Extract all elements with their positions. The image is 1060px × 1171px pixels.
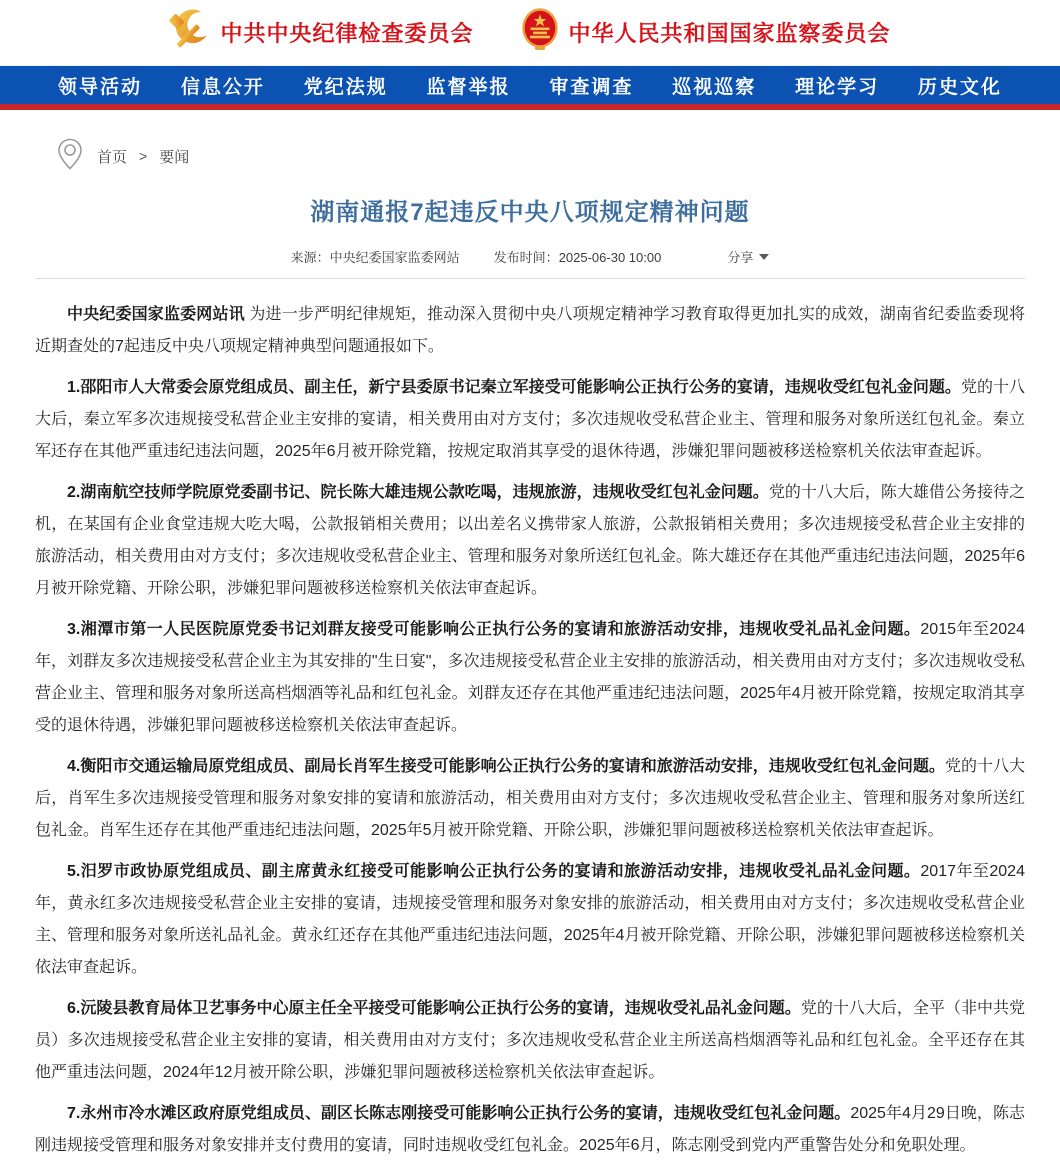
main-nav: 领导活动 信息公开 党纪法规 监督举报 审查调查 巡视巡察 理论学习 历史文化 — [0, 65, 1060, 110]
breadcrumb-separator: > — [139, 148, 147, 164]
nav-link[interactable]: 审查调查 — [549, 77, 633, 98]
party-emblem-icon — [169, 9, 211, 56]
article: 湖南通报7起违反中央八项规定精神问题 来源：中央纪委国家监委网站 发布时间：20… — [35, 192, 1025, 1162]
nav-item-xinxigongkai[interactable]: 信息公开 — [181, 72, 265, 99]
paragraph-lead: 4.衡阳市交通运输局原党组成员、副局长肖军生接受可能影响公正执行公务的宴请和旅游… — [67, 758, 945, 775]
nav-item-lingdaohuodong[interactable]: 领导活动 — [58, 72, 142, 99]
article-paragraph-case-2: 2.湖南航空技师学院原党委副书记、院长陈大雄违规公款吃喝，违规旅游，违规收受红包… — [35, 477, 1025, 605]
paragraph-lead: 2.湖南航空技师学院原党委副书记、院长陈大雄违规公款吃喝，违规旅游，违规收受红包… — [67, 484, 769, 501]
nav-item-jiandujubao[interactable]: 监督举报 — [427, 72, 511, 99]
breadcrumb: 首页 > 要闻 — [55, 138, 1060, 174]
nav-item-shenchadiaocha[interactable]: 审查调查 — [549, 72, 633, 99]
breadcrumb-home-link[interactable]: 首页 — [97, 146, 127, 167]
location-pin-icon — [55, 137, 85, 175]
share-label: 分享 — [727, 247, 753, 266]
header-logo-ccdi[interactable]: 中共中央纪律检查委员会 — [169, 9, 473, 56]
nav-link[interactable]: 信息公开 — [181, 77, 265, 98]
nav-link[interactable]: 监督举报 — [427, 77, 511, 98]
nav-item-dangjifagui[interactable]: 党纪法规 — [304, 72, 388, 99]
breadcrumb-current-link[interactable]: 要闻 — [159, 146, 189, 167]
national-emblem-icon — [520, 8, 560, 57]
site-header: 中共中央纪律检查委员会 中华人民共和国国家监察委员会 — [0, 0, 1060, 65]
meta-divider — [35, 278, 1025, 279]
header-logo-nsc[interactable]: 中华人民共和国国家监察委员会 — [520, 8, 891, 57]
article-paragraph-case-7: 7.永州市冷水滩区政府原党组成员、副区长陈志刚接受可能影响公正执行公务的宴请，违… — [35, 1098, 1025, 1162]
paragraph-lead: 6.沅陵县教育局体卫艺事务中心原主任全平接受可能影响公正执行公务的宴请，违规收受… — [67, 1000, 801, 1017]
publish-time-meta: 发布时间：2025-06-30 10:00 — [494, 247, 662, 266]
article-paragraph-case-4: 4.衡阳市交通运输局原党组成员、副局长肖军生接受可能影响公正执行公务的宴请和旅游… — [35, 751, 1025, 847]
article-paragraph-case-1: 1.邵阳市人大常委会原党组成员、副主任，新宁县委原书记秦立军接受可能影响公正执行… — [35, 372, 1025, 468]
paragraph-lead: 中央纪委国家监委网站讯 — [67, 306, 245, 323]
nav-item-xunshixuncha[interactable]: 巡视巡察 — [672, 72, 756, 99]
article-body: 中央纪委国家监委网站讯 为进一步严明纪律规矩，推动深入贯彻中央八项规定精神学习教… — [35, 299, 1025, 1162]
paragraph-lead: 5.汨罗市政协原党组成员、副主席黄永红接受可能影响公正执行公务的宴请和旅游活动安… — [67, 863, 920, 880]
nav-link[interactable]: 历史文化 — [918, 77, 1002, 98]
article-meta: 来源：中央纪委国家监委网站 发布时间：2025-06-30 10:00 分享 — [35, 247, 1025, 266]
nav-link[interactable]: 巡视巡察 — [672, 77, 756, 98]
publish-time-label: 发布时间： — [494, 250, 559, 265]
org-name-left: 中共中央纪律检查委员会 — [220, 17, 473, 48]
paragraph-lead: 3.湘潭市第一人民医院原党委书记刘群友接受可能影响公正执行公务的宴请和旅游活动安… — [67, 621, 920, 638]
paragraph-lead: 1.邵阳市人大常委会原党组成员、副主任，新宁县委原书记秦立军接受可能影响公正执行… — [67, 379, 961, 396]
source-meta: 来源：中央纪委国家监委网站 — [291, 247, 460, 266]
article-paragraph-intro: 中央纪委国家监委网站讯 为进一步严明纪律规矩，推动深入贯彻中央八项规定精神学习教… — [35, 299, 1025, 363]
source-label: 来源： — [291, 250, 330, 265]
article-paragraph-case-3: 3.湘潭市第一人民医院原党委书记刘群友接受可能影响公正执行公务的宴请和旅游活动安… — [35, 614, 1025, 742]
publish-time-value: 2025-06-30 10:00 — [559, 250, 662, 265]
nav-link[interactable]: 领导活动 — [58, 77, 142, 98]
caret-down-icon — [759, 254, 769, 260]
org-name-right: 中华人民共和国国家监察委员会 — [569, 17, 891, 48]
page-title: 湖南通报7起违反中央八项规定精神问题 — [35, 192, 1025, 227]
nav-link[interactable]: 理论学习 — [795, 77, 879, 98]
article-paragraph-case-5: 5.汨罗市政协原党组成员、副主席黄永红接受可能影响公正执行公务的宴请和旅游活动安… — [35, 856, 1025, 984]
nav-link[interactable]: 党纪法规 — [304, 77, 388, 98]
nav-item-lilunxuexi[interactable]: 理论学习 — [795, 72, 879, 99]
source-value: 中央纪委国家监委网站 — [330, 250, 460, 265]
nav-item-lishiwenhua[interactable]: 历史文化 — [918, 72, 1002, 99]
article-paragraph-case-6: 6.沅陵县教育局体卫艺事务中心原主任全平接受可能影响公正执行公务的宴请，违规收受… — [35, 993, 1025, 1089]
share-button[interactable]: 分享 — [727, 247, 769, 266]
paragraph-lead: 7.永州市冷水滩区政府原党组成员、副区长陈志刚接受可能影响公正执行公务的宴请，违… — [67, 1105, 850, 1122]
nav-list: 领导活动 信息公开 党纪法规 监督举报 审查调查 巡视巡察 理论学习 历史文化 — [0, 72, 1060, 99]
